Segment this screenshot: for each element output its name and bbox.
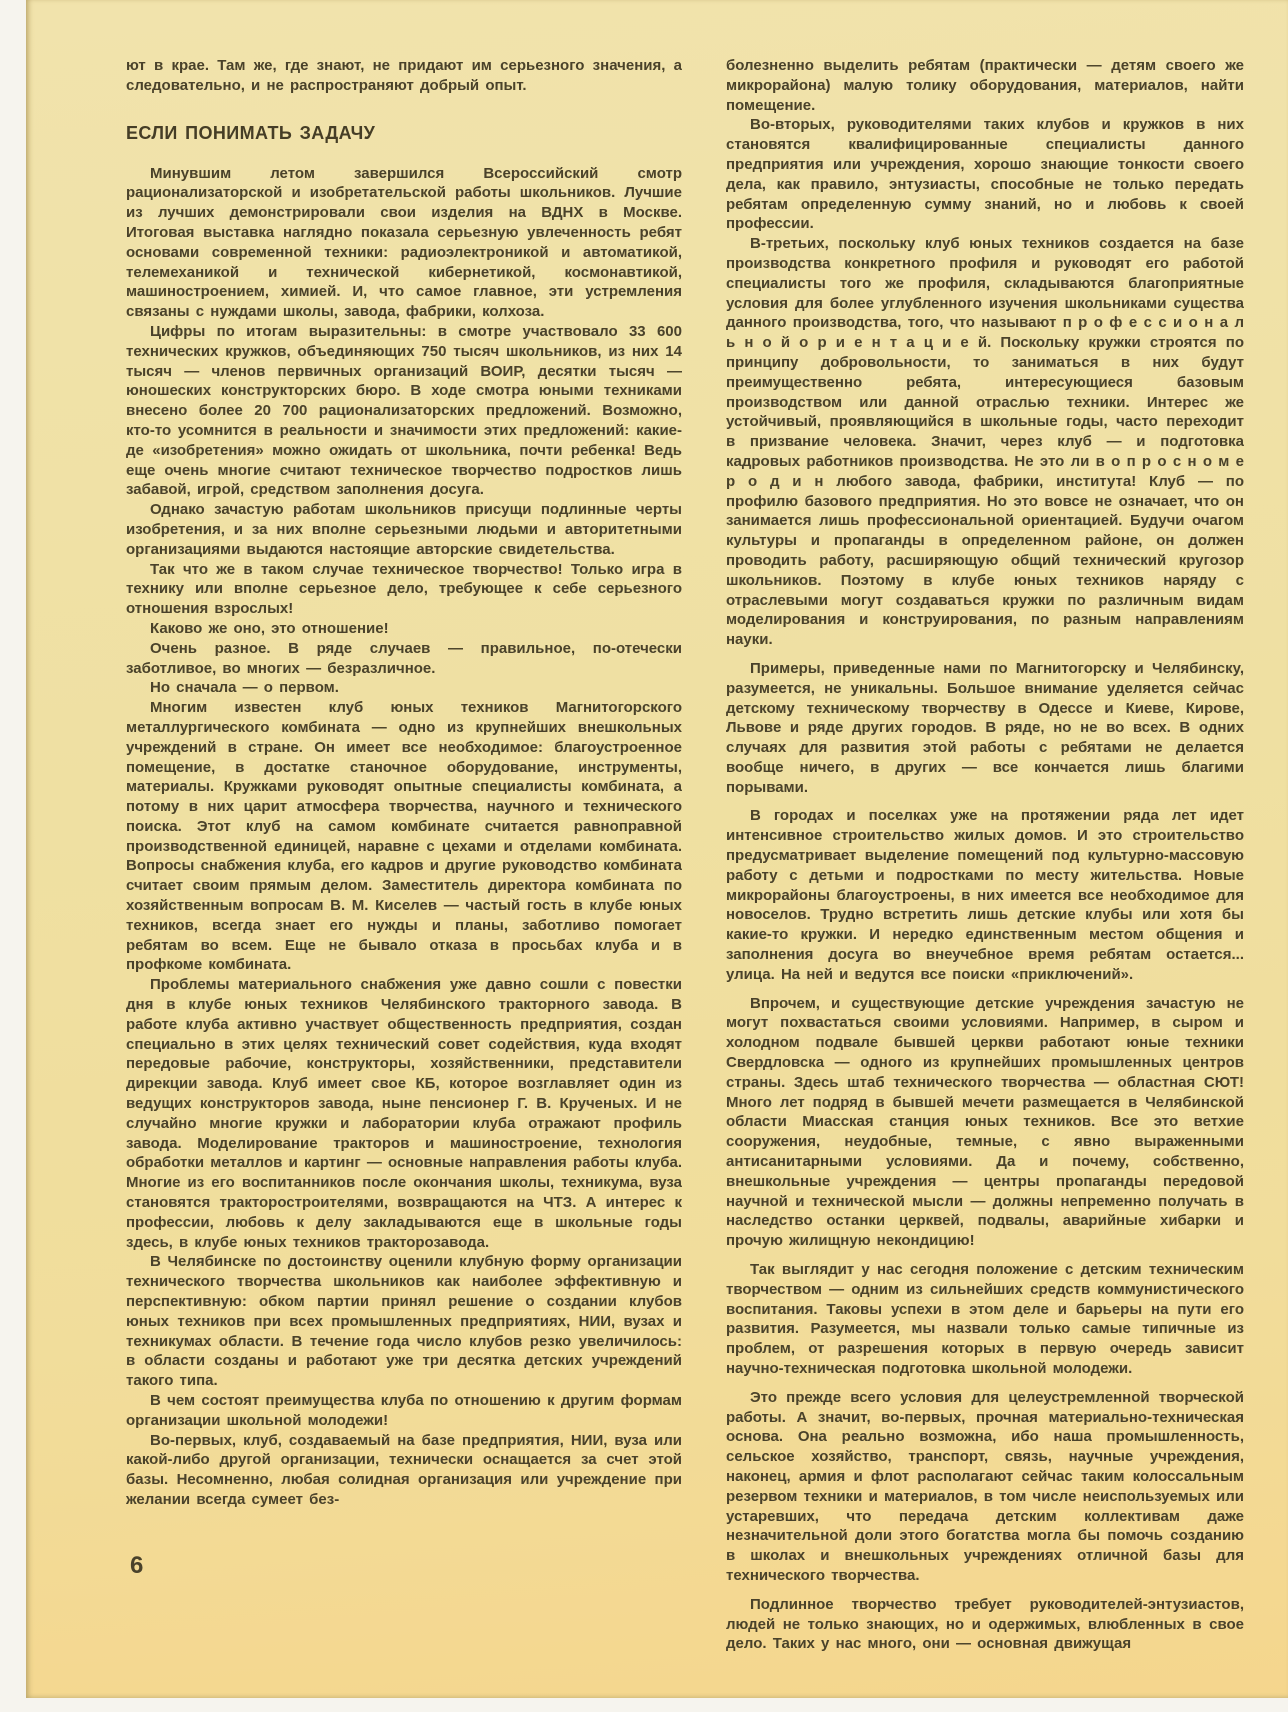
- paragraph: Но сначала — о первом.: [126, 678, 682, 698]
- paragraph: В-третьих, поскольку клуб юных техников …: [726, 234, 1244, 650]
- paragraph: Проблемы материального снабжения уже дав…: [126, 975, 682, 1252]
- paragraph: Многим известен клуб юных техников Магни…: [126, 698, 682, 975]
- paragraph: Очень разное. В ряде случаев — правильно…: [126, 639, 682, 679]
- paragraph: Минувшим летом завершился Всероссийский …: [126, 164, 682, 322]
- paragraph: болезненно выделить ребятам (практически…: [726, 56, 1244, 115]
- left-column-body: Минувшим летом завершился Всероссийский …: [126, 164, 682, 1510]
- paragraph: В чем состоят преимущества клуба по отно…: [126, 1391, 682, 1431]
- page-number: 6: [130, 1552, 143, 1580]
- paragraph: Так что же в таком случае техническое тв…: [126, 560, 682, 619]
- left-column-before-heading: ют в крае. Там же, где знают, не придают…: [126, 56, 682, 96]
- paragraph: ют в крае. Там же, где знают, не придают…: [126, 56, 682, 96]
- paragraph: Во-первых, клуб, создаваемый на базе пре…: [126, 1431, 682, 1510]
- section-heading: ЕСЛИ ПОНИМАТЬ ЗАДАЧУ: [126, 122, 682, 144]
- left-column: ют в крае. Там же, где знают, не придают…: [126, 56, 682, 1556]
- paragraph: Так выглядит у нас сегодня положение с д…: [726, 1260, 1244, 1379]
- paragraph: Цифры по итогам выразительны: в смотре у…: [126, 322, 682, 500]
- paragraph: В городах и поселках уже на протяжении р…: [726, 806, 1244, 984]
- paragraph: Во-вторых, руководителями таких клубов и…: [726, 115, 1244, 234]
- paragraph: Однако зачастую работам школьников прису…: [126, 500, 682, 559]
- paragraph: Впрочем, и существующие детские учрежден…: [726, 994, 1244, 1251]
- right-column-body: болезненно выделить ребятам (практически…: [726, 56, 1244, 1654]
- paragraph: Примеры, приведенные нами по Магнитогорс…: [726, 659, 1244, 798]
- page-paper: ют в крае. Там же, где знают, не придают…: [26, 0, 1288, 1698]
- paragraph: Подлинное творчество требует руководител…: [726, 1595, 1244, 1654]
- paragraph: В Челябинске по достоинству оценили клуб…: [126, 1252, 682, 1391]
- paragraph: Каково же оно, это отношение!: [126, 619, 682, 639]
- right-column: болезненно выделить ребятам (практически…: [726, 56, 1244, 1656]
- paragraph: Это прежде всего условия для целеустремл…: [726, 1388, 1244, 1586]
